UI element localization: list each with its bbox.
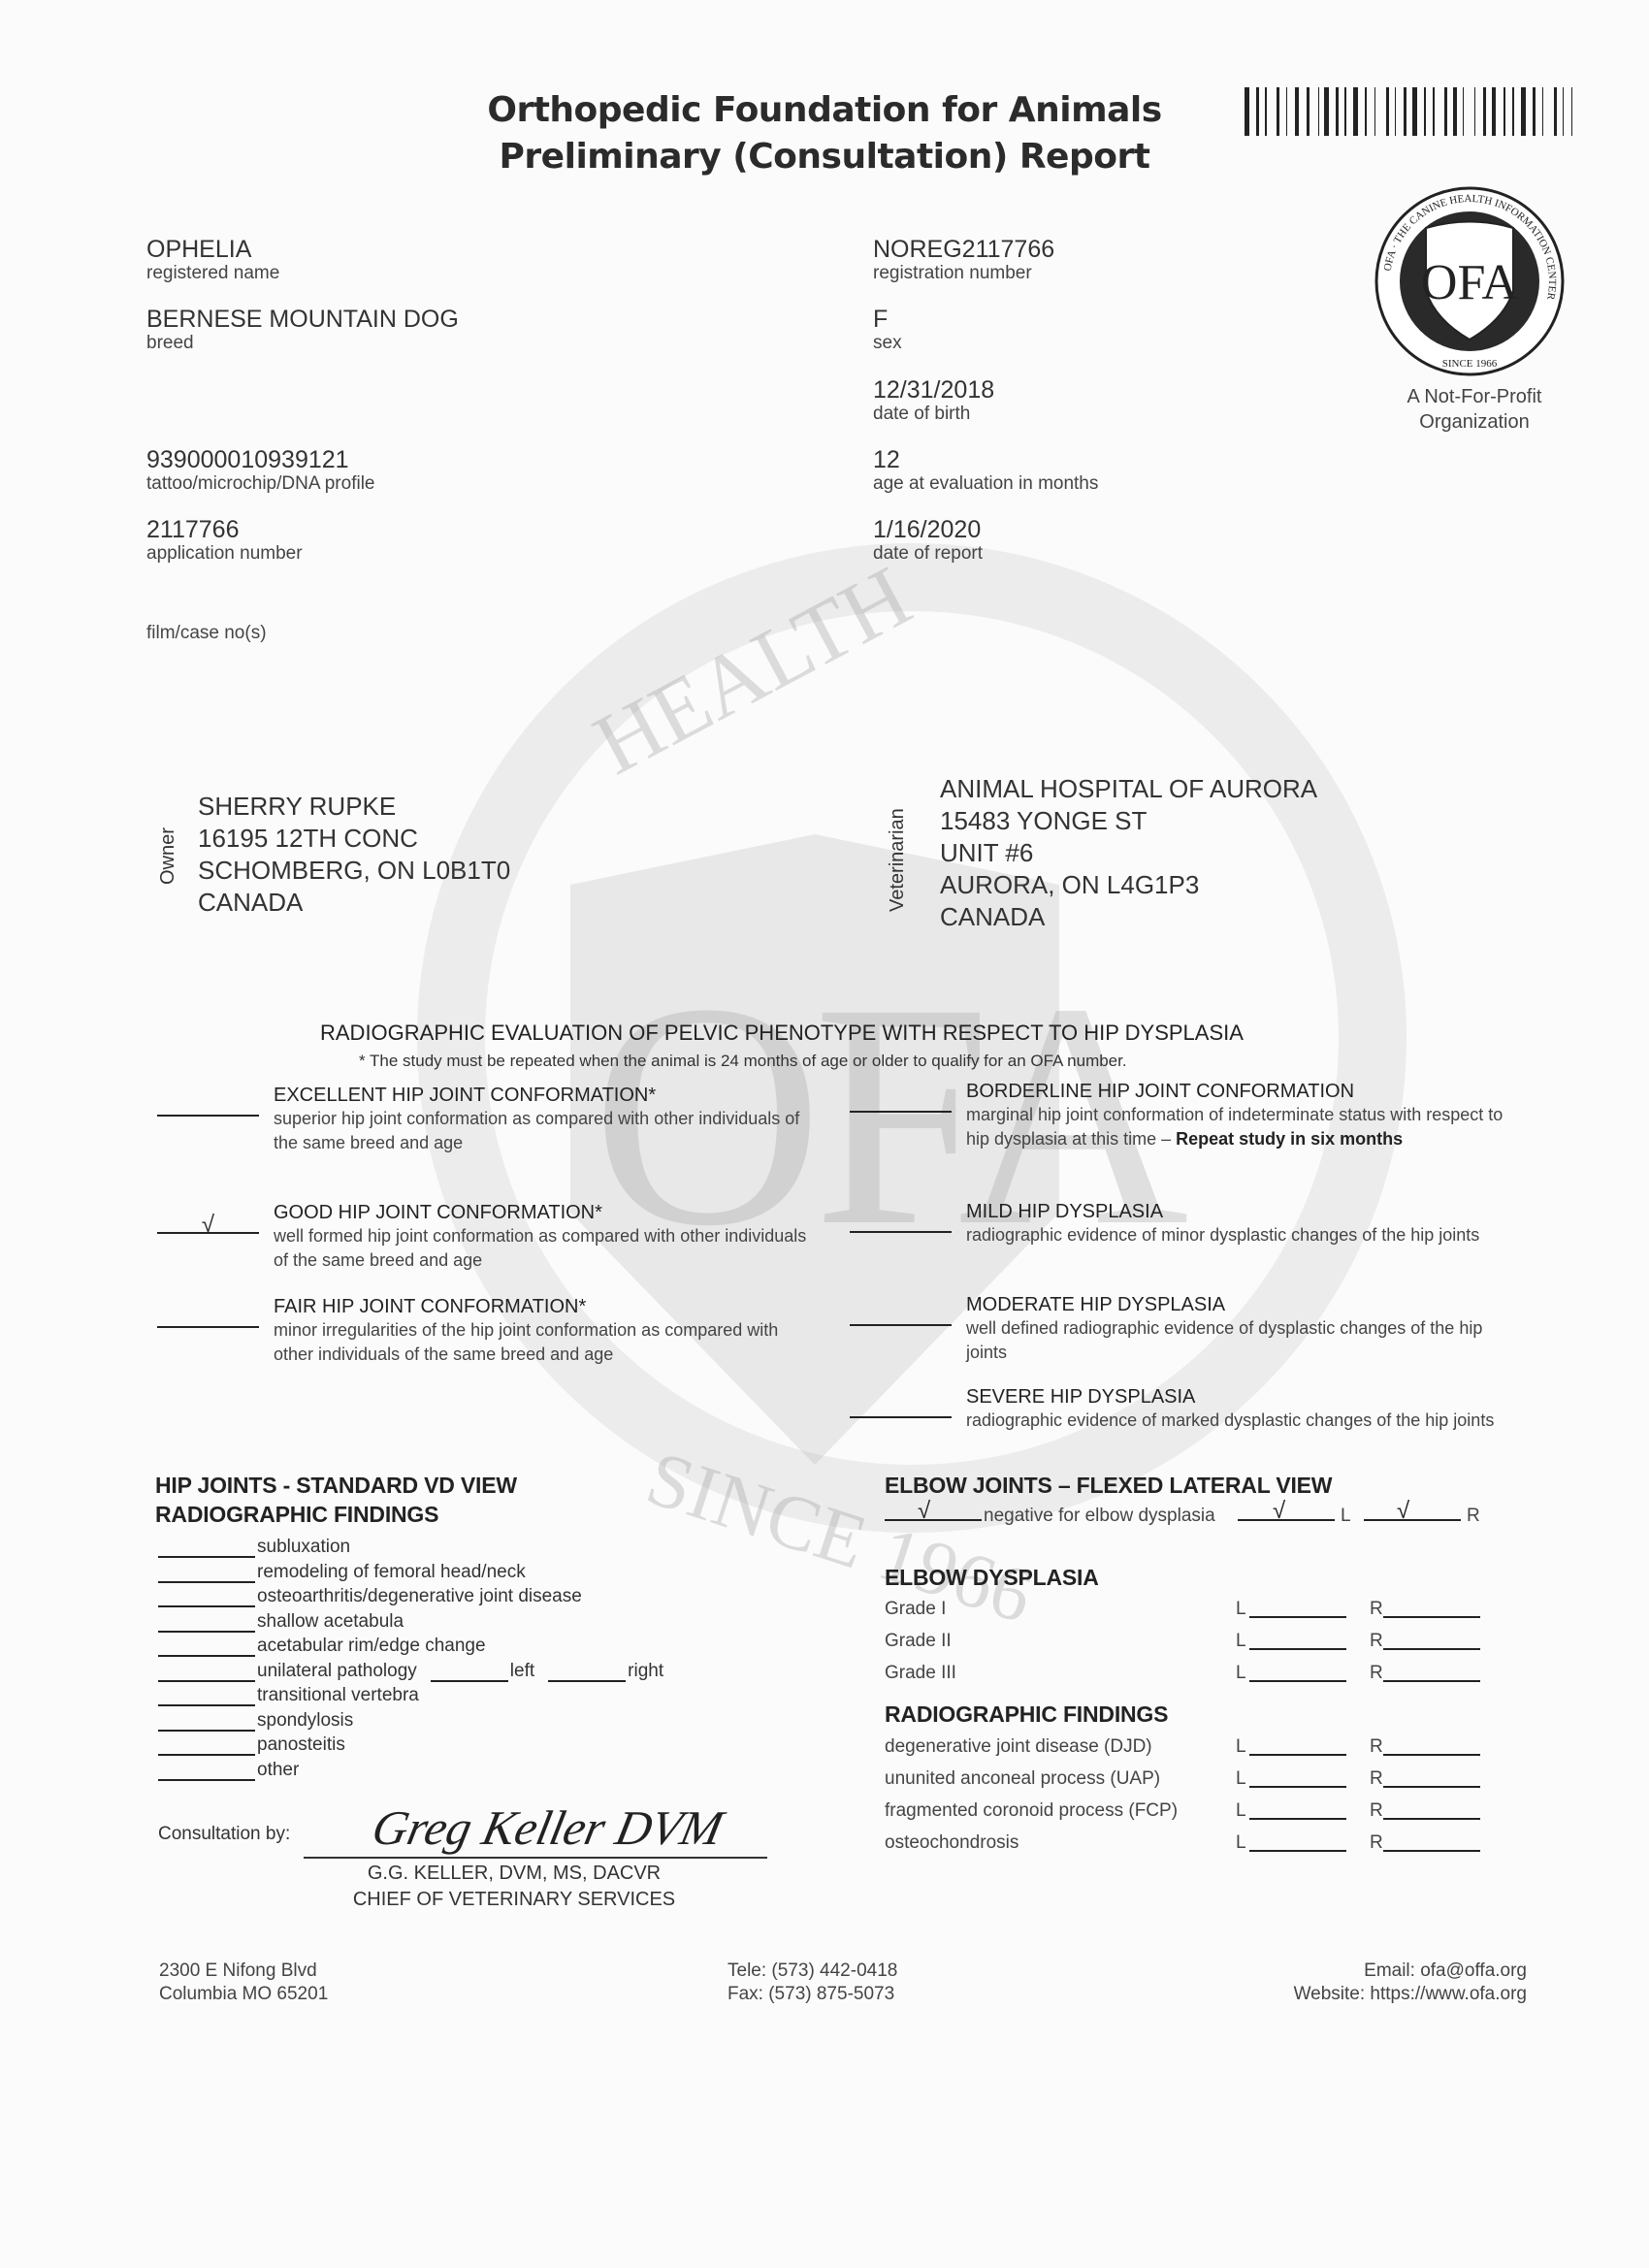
right-blank[interactable] (1383, 1818, 1480, 1820)
evaluation-option-heading: BORDERLINE HIP JOINT CONFORMATION (966, 1080, 1509, 1103)
hip-findings-title: HIP JOINTS - STANDARD VD VIEW RADIOGRAPH… (155, 1471, 517, 1529)
breed-field: BERNESE MOUNTAIN DOG breed (146, 306, 459, 354)
evaluation-option-blank[interactable] (850, 1311, 952, 1326)
registration-number-label: registration number (873, 263, 1054, 284)
hip-finding-blank[interactable] (158, 1738, 255, 1756)
hip-finding-blank[interactable] (158, 1665, 255, 1682)
footer-tele: Tele: (573) 442-0418 (727, 1960, 897, 1983)
elbow-finding-row: ununited anconeal process (UAP)LR (885, 1768, 1486, 1799)
hip-finding-blank[interactable] (158, 1590, 255, 1607)
owner-label: Owner (157, 827, 179, 885)
signer-block: G.G. KELLER, DVM, MS, DACVR CHIEF OF VET… (320, 1861, 708, 1913)
elbow-grade-row: Grade IIILR (885, 1663, 1486, 1694)
elbow-finding-row: osteochondrosisLR (885, 1832, 1486, 1863)
date-of-birth-value: 12/31/2018 (873, 376, 994, 404)
logo-caption: A Not-For-Profit Organization (1348, 384, 1600, 435)
right-blank[interactable] (1383, 1786, 1480, 1788)
microchip-field: 939000010939121 tattoo/microchip/DNA pro… (146, 446, 375, 495)
owner-line: CANADA (198, 887, 510, 919)
svg-text:OFA: OFA (1421, 255, 1519, 310)
hip-finding-row: panosteitis (158, 1731, 345, 1756)
hip-finding-row: osteoarthritis/degenerative joint diseas… (158, 1582, 582, 1607)
evaluation-option: SEVERE HIP DYSPLASIAradiographic evidenc… (966, 1385, 1509, 1433)
hip-finding-label: osteoarthritis/degenerative joint diseas… (257, 1586, 582, 1607)
vet-line: 15483 YONGE ST (940, 805, 1317, 837)
elbow-finding-row-label: osteochondrosis (885, 1832, 1018, 1854)
elbow-left-blank[interactable] (1238, 1519, 1335, 1521)
evaluation-option-desc: superior hip joint conformation as compa… (274, 1107, 817, 1155)
signature-scrawl: Greg Keller DVM (368, 1799, 728, 1856)
hip-finding-blank[interactable] (158, 1566, 255, 1583)
right-label: R (1370, 1768, 1383, 1790)
veterinarian-address: ANIMAL HOSPITAL OF AURORA 15483 YONGE ST… (940, 773, 1317, 933)
evaluation-option-heading: GOOD HIP JOINT CONFORMATION* (274, 1201, 817, 1224)
footer-address-line-1: 2300 E Nifong Blvd (159, 1960, 328, 1983)
title-line-2: Preliminary (Consultation) Report (436, 134, 1212, 180)
evaluation-option-blank[interactable] (850, 1403, 952, 1418)
vet-line: UNIT #6 (940, 837, 1317, 869)
evaluation-title: RADIOGRAPHIC EVALUATION OF PELVIC PHENOT… (320, 1021, 1244, 1046)
hip-finding-row: spondylosis (158, 1706, 353, 1732)
breed-value: BERNESE MOUNTAIN DOG (146, 306, 459, 333)
barcode-gap (1578, 87, 1583, 136)
check-mark-icon: √ (918, 1498, 930, 1525)
svg-text:SINCE 1966: SINCE 1966 (1442, 358, 1498, 370)
age-label: age at evaluation in months (873, 473, 1098, 495)
evaluation-option: √GOOD HIP JOINT CONFORMATION*well formed… (274, 1201, 817, 1273)
hip-title-line-2: RADIOGRAPHIC FINDINGS (155, 1500, 517, 1529)
elbow-negative-row: √ negative for elbow dysplasia √ L √ R (885, 1502, 1486, 1531)
hip-title-line-1: HIP JOINTS - STANDARD VD VIEW (155, 1471, 517, 1500)
unilateral-right-blank[interactable] (548, 1665, 626, 1682)
evaluation-option: FAIR HIP JOINT CONFORMATION*minor irregu… (274, 1295, 817, 1367)
left-blank[interactable] (1249, 1648, 1346, 1650)
hip-finding-label: spondylosis (257, 1710, 353, 1732)
elbow-grade-row-label: Grade I (885, 1599, 946, 1620)
hip-finding-label: unilateral pathology (257, 1661, 417, 1682)
elbow-finding-row: fragmented coronoid process (FCP)LR (885, 1800, 1486, 1831)
unilateral-right-label: right (628, 1661, 663, 1682)
registered-name-label: registered name (146, 263, 279, 284)
owner-address: SHERRY RUPKE 16195 12TH CONC SCHOMBERG, … (198, 791, 510, 919)
elbow-negative-label: negative for elbow dysplasia (984, 1506, 1215, 1527)
ofa-logo: OFA OFA · THE CANINE HEALTH INFORMATION … (1358, 184, 1581, 378)
signer-title: CHIEF OF VETERINARY SERVICES (320, 1887, 708, 1913)
elbow-finding-row: degenerative joint disease (DJD)LR (885, 1736, 1486, 1767)
vet-line: CANADA (940, 901, 1317, 933)
consultation-label: Consultation by: (158, 1824, 290, 1845)
evaluation-option: EXCELLENT HIP JOINT CONFORMATION*superio… (274, 1084, 817, 1155)
evaluation-option-heading: MILD HIP DYSPLASIA (966, 1200, 1509, 1223)
check-mark-icon: √ (202, 1212, 214, 1238)
evaluation-option-desc: radiographic evidence of minor dysplasti… (966, 1223, 1509, 1247)
footer-website-link[interactable]: Website: https://www.ofa.org (1164, 1983, 1527, 2006)
evaluation-option-heading: FAIR HIP JOINT CONFORMATION* (274, 1295, 817, 1318)
check-mark-icon: √ (1397, 1498, 1409, 1525)
evaluation-option-heading: MODERATE HIP DYSPLASIA (966, 1293, 1509, 1316)
elbow-grade-row: Grade IILR (885, 1631, 1486, 1662)
hip-finding-blank[interactable] (158, 1639, 255, 1657)
hip-finding-label: transitional vertebra (257, 1685, 419, 1706)
sex-value: F (873, 306, 902, 333)
elbow-right-label: R (1467, 1506, 1480, 1527)
elbow-finding-row-label: fragmented coronoid process (FCP) (885, 1800, 1178, 1822)
evaluation-option-blank[interactable] (850, 1097, 952, 1113)
vet-line: ANIMAL HOSPITAL OF AURORA (940, 773, 1317, 805)
evaluation-option: BORDERLINE HIP JOINT CONFORMATIONmargina… (966, 1080, 1509, 1151)
caption-line-2: Organization (1348, 409, 1600, 435)
age-field: 12 age at evaluation in months (873, 446, 1098, 495)
owner-line: 16195 12TH CONC (198, 823, 510, 855)
unilateral-left-blank[interactable] (431, 1665, 508, 1682)
signature-line (304, 1857, 767, 1859)
hip-finding-label: panosteitis (257, 1734, 345, 1756)
hip-finding-label: other (257, 1760, 299, 1781)
hip-finding-blank[interactable] (158, 1714, 255, 1732)
hip-finding-label: acetabular rim/edge change (257, 1636, 486, 1657)
left-blank[interactable] (1249, 1850, 1346, 1852)
title-line-1: Orthopedic Foundation for Animals (436, 87, 1212, 134)
film-case-label: film/case no(s) (146, 623, 267, 644)
footer-address: 2300 E Nifong Blvd Columbia MO 65201 (159, 1960, 328, 2006)
right-label: R (1370, 1631, 1383, 1652)
evaluation-option-desc: well formed hip joint conformation as co… (274, 1224, 817, 1273)
hip-finding-row: acetabular rim/edge change (158, 1632, 486, 1657)
elbow-title: ELBOW JOINTS – FLEXED LATERAL VIEW (885, 1471, 1332, 1500)
date-of-birth-label: date of birth (873, 404, 994, 425)
right-blank[interactable] (1383, 1648, 1480, 1650)
right-label: R (1370, 1832, 1383, 1854)
hip-finding-blank[interactable] (158, 1689, 255, 1706)
evaluation-option: MODERATE HIP DYSPLASIAwell defined radio… (966, 1293, 1509, 1365)
owner-line: SHERRY RUPKE (198, 791, 510, 823)
age-value: 12 (873, 446, 1098, 473)
application-number-value: 2117766 (146, 516, 303, 543)
hip-finding-label: shallow acetabula (257, 1611, 404, 1633)
registration-number-field: NOREG2117766 registration number (873, 236, 1054, 284)
left-label: L (1236, 1768, 1246, 1790)
evaluation-option-blank[interactable] (157, 1101, 259, 1117)
left-label: L (1236, 1800, 1246, 1822)
registered-name-field: OPHELIA registered name (146, 236, 279, 284)
evaluation-option-blank[interactable] (157, 1312, 259, 1328)
evaluation-option-desc: well defined radiographic evidence of dy… (966, 1316, 1509, 1365)
caption-line-1: A Not-For-Profit (1348, 384, 1600, 409)
date-of-birth-field: 12/31/2018 date of birth (873, 376, 994, 425)
footer-contact: Email: ofa@offa.org Website: https://www… (1164, 1960, 1527, 2006)
sex-label: sex (873, 333, 902, 354)
elbow-finding-row-label: ununited anconeal process (UAP) (885, 1768, 1160, 1790)
left-blank[interactable] (1249, 1786, 1346, 1788)
evaluation-option-desc: radiographic evidence of marked dysplast… (966, 1409, 1509, 1433)
evaluation-option-heading: EXCELLENT HIP JOINT CONFORMATION* (274, 1084, 817, 1107)
date-of-report-label: date of report (873, 543, 983, 565)
unilateral-left-label: left (510, 1661, 534, 1682)
hip-finding-row: subluxation (158, 1533, 350, 1558)
breed-label: breed (146, 333, 459, 354)
left-label: L (1236, 1663, 1246, 1684)
elbow-negative-blank[interactable] (885, 1519, 982, 1521)
hip-finding-row: remodeling of femoral head/neck (158, 1558, 526, 1583)
registered-name-value: OPHELIA (146, 236, 279, 263)
elbow-grade-row-label: Grade II (885, 1631, 952, 1652)
hip-finding-blank[interactable] (158, 1615, 255, 1633)
right-label: R (1370, 1599, 1383, 1620)
registration-number-value: NOREG2117766 (873, 236, 1054, 263)
application-number-field: 2117766 application number (146, 516, 303, 565)
right-blank[interactable] (1383, 1616, 1480, 1618)
right-blank[interactable] (1383, 1754, 1480, 1756)
veterinarian-label: Veterinarian (887, 808, 909, 912)
hip-finding-label: remodeling of femoral head/neck (257, 1562, 526, 1583)
hip-finding-blank[interactable] (158, 1764, 255, 1781)
hip-finding-row: unilateral pathologyleftright (158, 1657, 663, 1682)
elbow-findings-title: RADIOGRAPHIC FINDINGS (885, 1700, 1168, 1729)
hip-finding-row: other (158, 1756, 299, 1781)
evaluation-note: * The study must be repeated when the an… (359, 1052, 1127, 1071)
left-label: L (1236, 1736, 1246, 1758)
date-of-report-field: 1/16/2020 date of report (873, 516, 983, 565)
date-of-report-value: 1/16/2020 (873, 516, 983, 543)
right-label: R (1370, 1663, 1383, 1684)
left-label: L (1236, 1599, 1246, 1620)
right-label: R (1370, 1736, 1383, 1758)
hip-finding-blank[interactable] (158, 1540, 255, 1558)
left-blank[interactable] (1249, 1754, 1346, 1756)
evaluation-option-desc: marginal hip joint conformation of indet… (966, 1103, 1509, 1151)
sex-field: F sex (873, 306, 902, 354)
evaluation-option-heading: SEVERE HIP DYSPLASIA (966, 1385, 1509, 1409)
footer-fax: Fax: (573) 875-5073 (727, 1983, 897, 2006)
microchip-value: 939000010939121 (146, 446, 375, 473)
elbow-dysplasia-title: ELBOW DYSPLASIA (885, 1563, 1099, 1592)
signer-name: G.G. KELLER, DVM, MS, DACVR (320, 1861, 708, 1887)
left-blank[interactable] (1249, 1680, 1346, 1682)
vet-line: AURORA, ON L4G1P3 (940, 869, 1317, 901)
right-label: R (1370, 1800, 1383, 1822)
footer-address-line-2: Columbia MO 65201 (159, 1983, 328, 2006)
elbow-left-label: L (1341, 1506, 1351, 1527)
film-case-field: film/case no(s) (146, 623, 267, 644)
check-mark-icon: √ (1273, 1498, 1285, 1525)
evaluation-option-blank[interactable]: √ (157, 1218, 259, 1234)
left-label: L (1236, 1631, 1246, 1652)
hip-finding-row: transitional vertebra (158, 1681, 419, 1706)
elbow-grade-row: Grade ILR (885, 1599, 1486, 1630)
elbow-right-blank[interactable] (1364, 1519, 1461, 1521)
owner-line: SCHOMBERG, ON L0B1T0 (198, 855, 510, 887)
report-title: Orthopedic Foundation for Animals Prelim… (436, 87, 1212, 180)
elbow-grade-row-label: Grade III (885, 1663, 956, 1684)
ofa-seal-icon: OFA OFA · THE CANINE HEALTH INFORMATION … (1358, 184, 1581, 378)
application-number-label: application number (146, 543, 303, 565)
hip-finding-label: subluxation (257, 1537, 350, 1558)
footer-phone: Tele: (573) 442-0418 Fax: (573) 875-5073 (727, 1960, 897, 2006)
left-blank[interactable] (1249, 1616, 1346, 1618)
evaluation-option: MILD HIP DYSPLASIAradiographic evidence … (966, 1200, 1509, 1247)
elbow-finding-row-label: degenerative joint disease (DJD) (885, 1736, 1152, 1758)
microchip-label: tattoo/microchip/DNA profile (146, 473, 375, 495)
left-label: L (1236, 1832, 1246, 1854)
hip-finding-row: shallow acetabula (158, 1607, 404, 1633)
right-blank[interactable] (1383, 1680, 1480, 1682)
left-blank[interactable] (1249, 1818, 1346, 1820)
evaluation-option-desc: minor irregularities of the hip joint co… (274, 1318, 817, 1367)
evaluation-option-blank[interactable] (850, 1217, 952, 1233)
right-blank[interactable] (1383, 1850, 1480, 1852)
barcode (1245, 87, 1584, 136)
footer-email-link[interactable]: Email: ofa@offa.org (1164, 1960, 1527, 1983)
